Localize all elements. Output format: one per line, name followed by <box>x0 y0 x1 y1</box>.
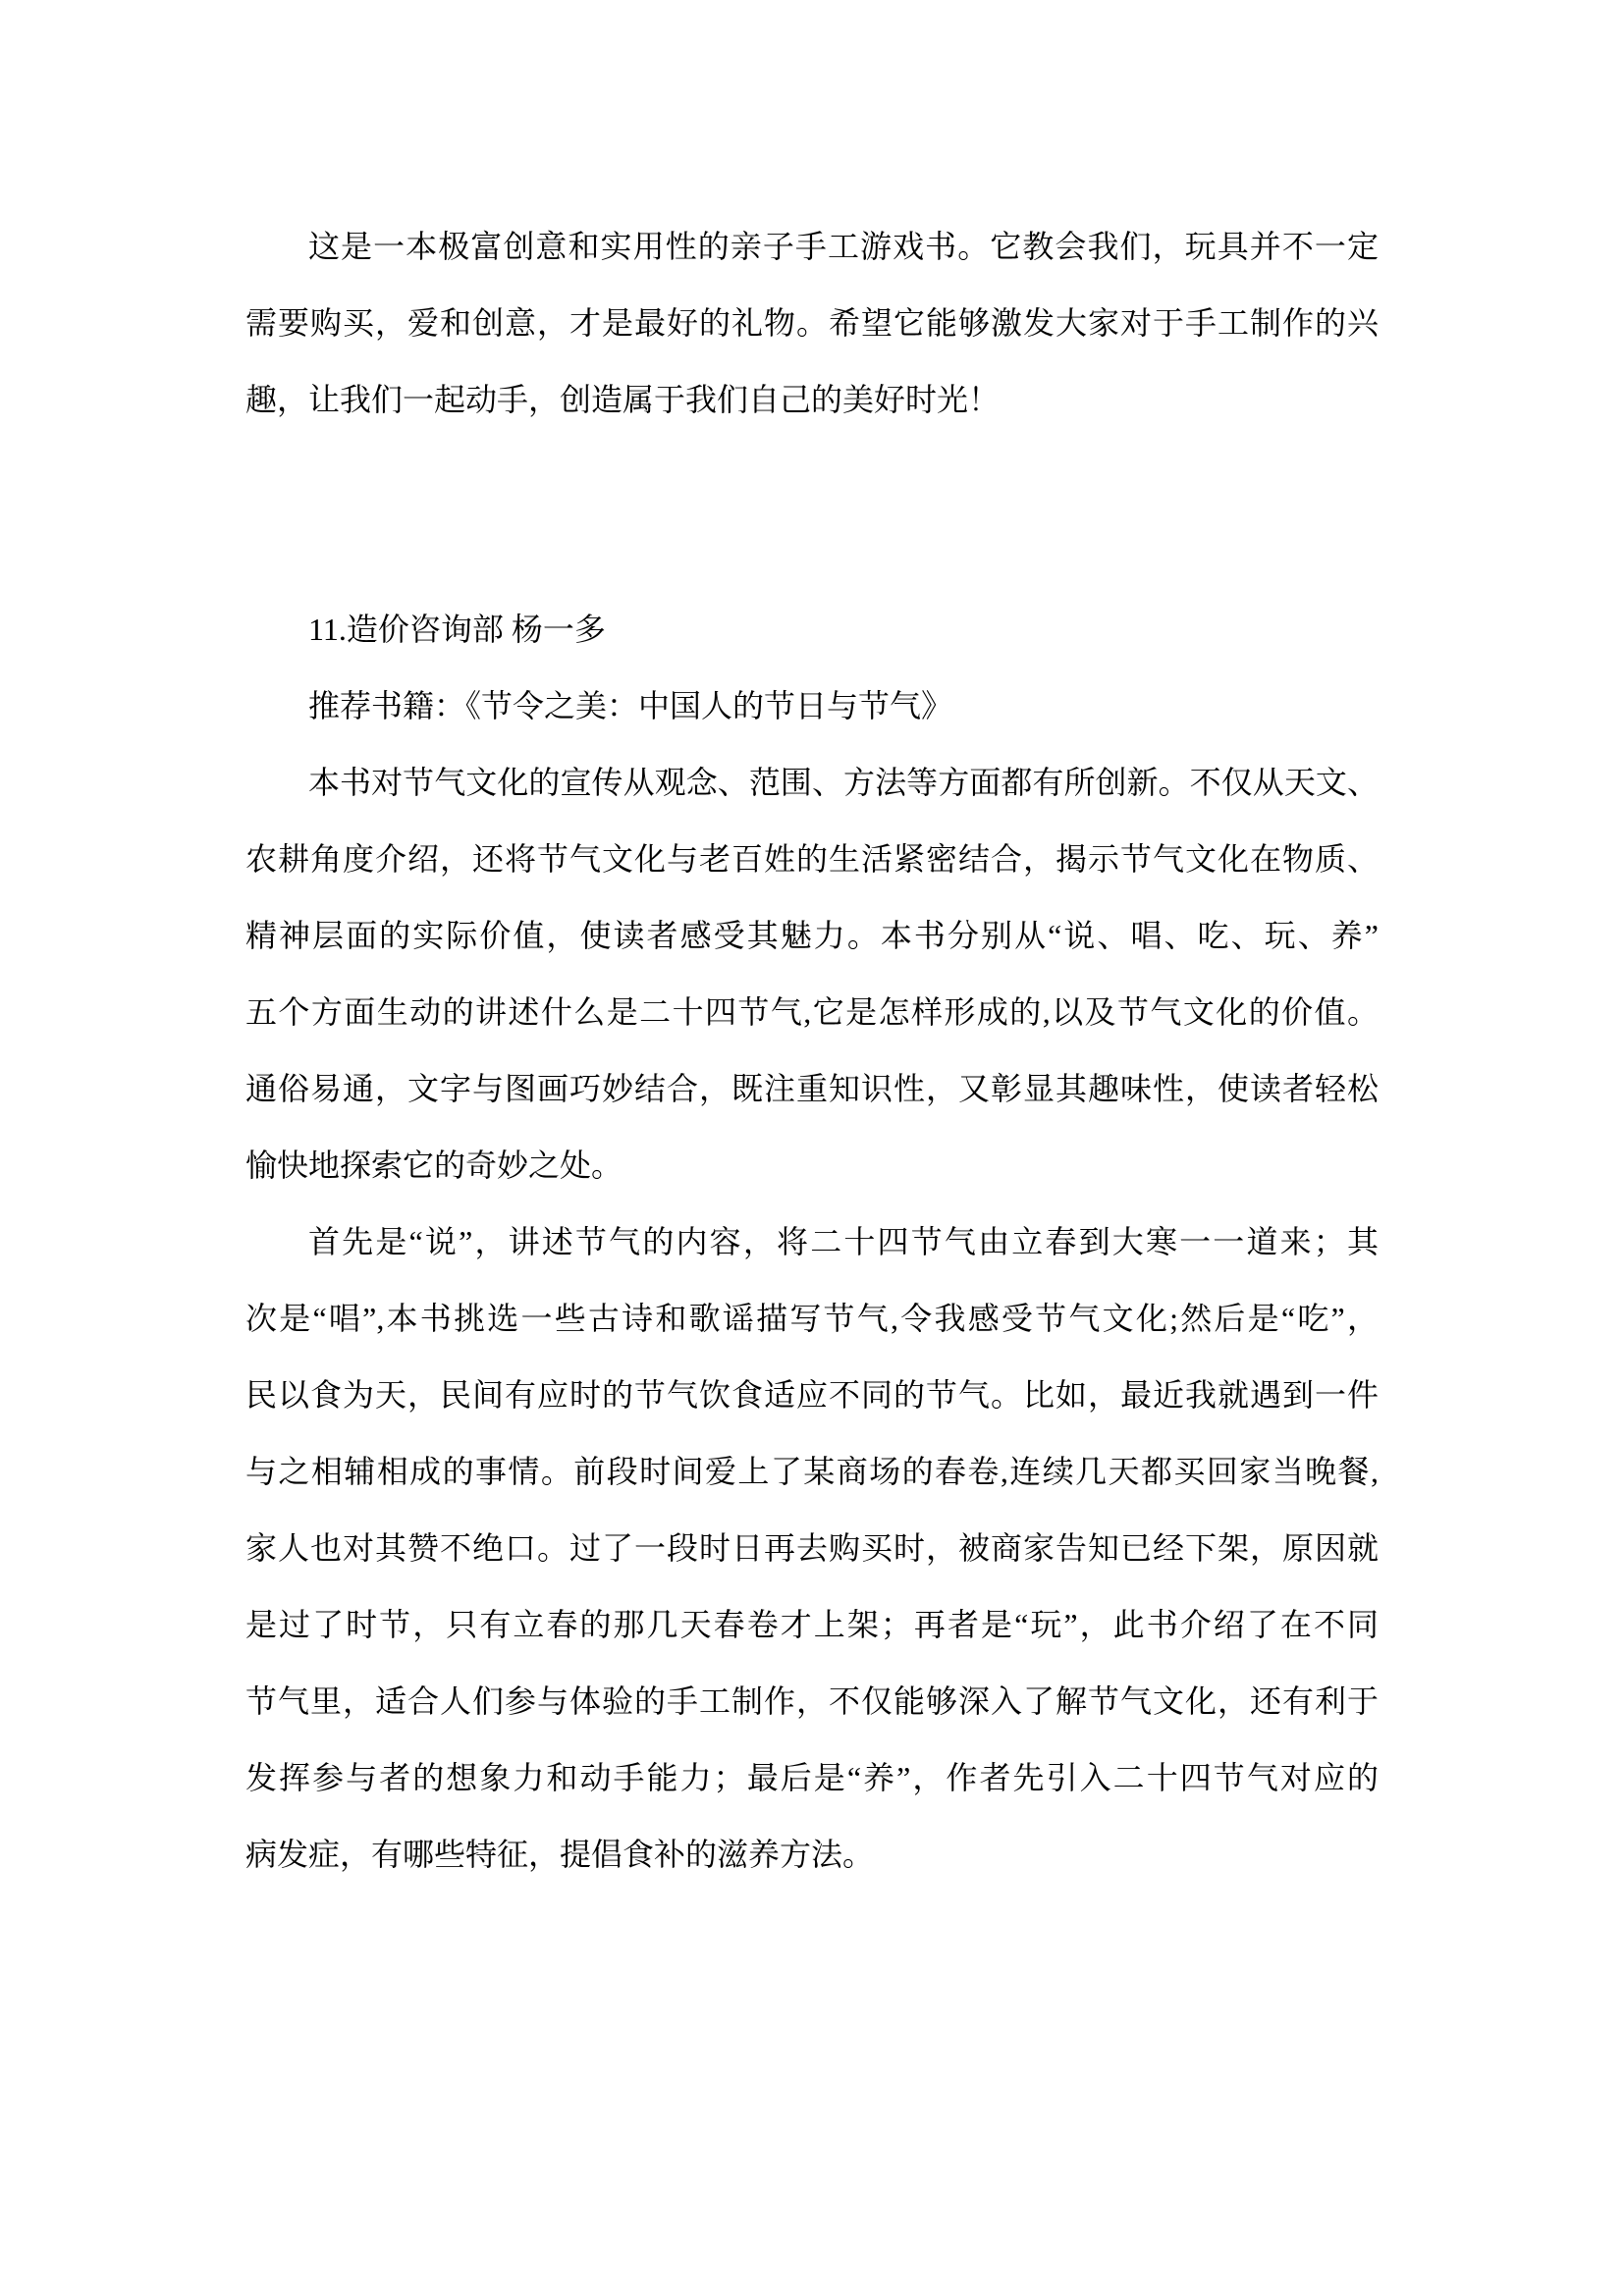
text-line: 通俗易通，文字与图画巧妙结合，既注重知识性，又彰显其趣味性，使读者轻松 <box>245 1050 1379 1127</box>
text-line: 民以食为天，民间有应时的节气饮食适应不同的节气。比如，最近我就遇到一件 <box>245 1357 1379 1433</box>
text-line: 五个方面生动的讲述什么是二十四节气,它是怎样形成的,以及节气文化的价值。 <box>245 974 1379 1050</box>
text-line: 是过了时节，只有立春的那几天春卷才上架；再者是“玩”，此书介绍了在不同 <box>245 1586 1379 1663</box>
blank-gap <box>245 438 1379 591</box>
document-page: 这是一本极富创意和实用性的亲子手工游戏书。它教会我们，玩具并不一定需要购买，爱和… <box>0 0 1624 2296</box>
book-content-paragraph: 首先是“说”，讲述节气的内容，将二十四节气由立春到大寒一一道来；其次是“唱”,本… <box>245 1203 1379 1893</box>
blank-line <box>245 438 1379 514</box>
closing-paragraph-handcraft-book: 这是一本极富创意和实用性的亲子手工游戏书。它教会我们，玩具并不一定需要购买，爱和… <box>245 208 1379 438</box>
text-line: 次是“唱”,本书挑选一些古诗和歌谣描写节气,令我感受节气文化;然后是“吃”， <box>245 1280 1379 1357</box>
book-introduction-paragraph: 本书对节气文化的宣传从观念、范围、方法等方面都有所创新。不仅从天文、农耕角度介绍… <box>245 744 1379 1203</box>
text-line: 趣，让我们一起动手，创造属于我们自己的美好时光！ <box>245 361 1379 438</box>
text-block: 这是一本极富创意和实用性的亲子手工游戏书。它教会我们，玩具并不一定需要购买，爱和… <box>245 208 1379 1893</box>
text-line: 愉快地探索它的奇妙之处。 <box>245 1127 1379 1203</box>
text-line: 与之相辅相成的事情。前段时间爱上了某商场的春卷,连续几天都买回家当晚餐, <box>245 1433 1379 1510</box>
blank-line <box>245 514 1379 591</box>
text-line: 发挥参与者的想象力和动手能力；最后是“养”，作者先引入二十四节气对应的 <box>245 1739 1379 1816</box>
text-line: 节气里，适合人们参与体验的手工制作，不仅能够深入了解节气文化，还有利于 <box>245 1663 1379 1739</box>
text-line: 推荐书籍：《节令之美：中国人的节日与节气》 <box>245 667 1379 744</box>
text-line: 需要购买，爱和创意，才是最好的礼物。希望它能够激发大家对于手工制作的兴 <box>245 285 1379 361</box>
text-line: 这是一本极富创意和实用性的亲子手工游戏书。它教会我们，玩具并不一定 <box>245 208 1379 285</box>
text-line: 病发症，有哪些特征，提倡食补的滋养方法。 <box>245 1816 1379 1893</box>
text-line: 家人也对其赞不绝口。过了一段时日再去购买时，被商家告知已经下架，原因就 <box>245 1510 1379 1586</box>
text-line: 首先是“说”，讲述节气的内容，将二十四节气由立春到大寒一一道来；其 <box>245 1203 1379 1280</box>
recommended-book-title: 推荐书籍：《节令之美：中国人的节日与节气》 <box>245 667 1379 744</box>
entry-number-heading: 11.造价咨询部 杨一多 <box>245 591 1379 667</box>
text-line: 本书对节气文化的宣传从观念、范围、方法等方面都有所创新。不仅从天文、 <box>245 744 1379 821</box>
text-line: 农耕角度介绍，还将节气文化与老百姓的生活紧密结合，揭示节气文化在物质、 <box>245 821 1379 897</box>
text-line: 11.造价咨询部 杨一多 <box>245 591 1379 667</box>
text-line: 精神层面的实际价值，使读者感受其魅力。本书分别从“说、唱、吃、玩、养” <box>245 897 1379 974</box>
